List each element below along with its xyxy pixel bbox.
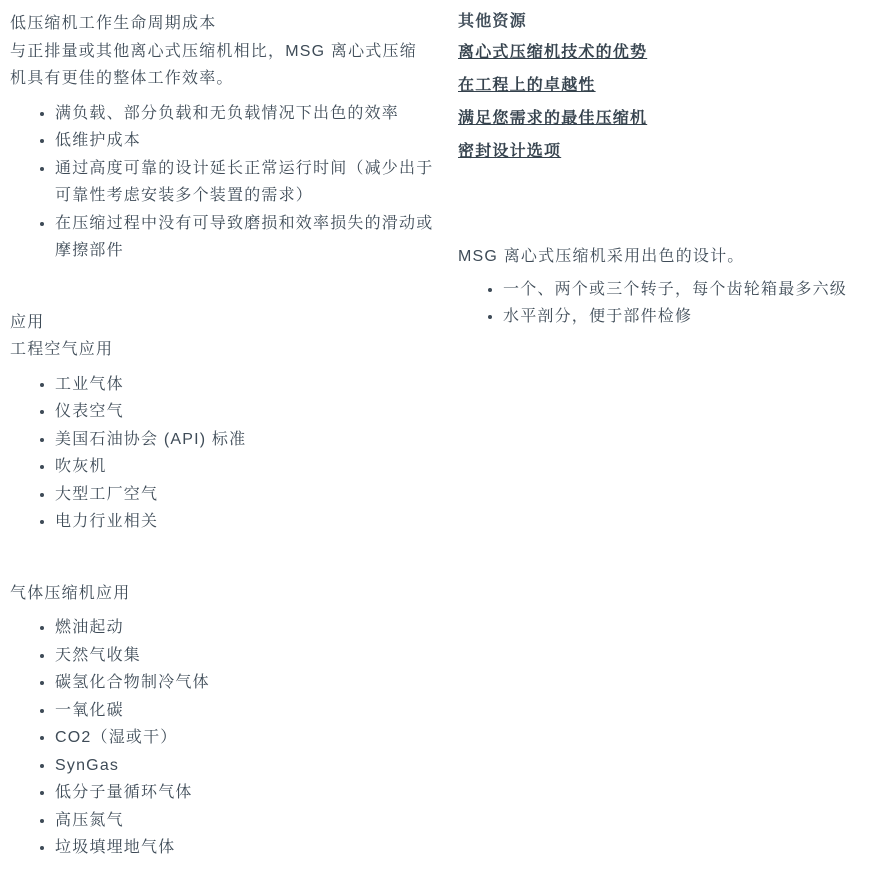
list-item: 大型工厂空气 [55, 481, 434, 509]
list-item: 电力行业相关 [55, 508, 434, 536]
list-item: 碳氢化合物制冷气体 [55, 669, 434, 697]
engineered-air-heading: 工程空气应用 [10, 336, 434, 364]
gas-compressor-list: 燃油起动 天然气收集 碳氢化合物制冷气体 一氧化碳 CO2（湿或干） SynGa… [10, 614, 434, 862]
applications-heading: 应用 [10, 309, 434, 337]
list-item: 一氧化碳 [55, 697, 434, 725]
lifecycle-intro: 与正排量或其他离心式压缩机相比，MSG 离心式压缩机具有更佳的整体工作效率。 [10, 38, 434, 93]
list-item: 美国石油协会 (API) 标准 [55, 426, 434, 454]
resources-heading: 其他资源 [458, 12, 870, 32]
gas-compressor-heading: 气体压缩机应用 [10, 580, 434, 608]
link-centrifugal-advantages[interactable]: 离心式压缩机技术的优势 [458, 44, 647, 61]
list-item: CO2（湿或干） [55, 724, 434, 752]
link-seal-design-options[interactable]: 密封设计选项 [458, 143, 561, 160]
list-item: 在压缩过程中没有可导致磨损和效率损失的滑动或摩擦部件 [55, 210, 434, 265]
list-item: 低分子量循环气体 [55, 779, 434, 807]
resources-sidebar: 其他资源 离心式压缩机技术的优势 在工程上的卓越性 满足您需求的最佳压缩机 密封… [458, 10, 870, 331]
list-item: SynGas [55, 752, 434, 780]
list-item: 天然气收集 [55, 642, 434, 670]
list-item: 垃圾填埋地气体 [55, 834, 434, 862]
list-item: 满负载、部分负载和无负载情况下出色的效率 [55, 100, 434, 128]
list-item: 工业气体 [55, 371, 434, 399]
lifecycle-cost-heading: 低压缩机工作生命周期成本 [10, 10, 434, 38]
main-content: 低压缩机工作生命周期成本 与正排量或其他离心式压缩机相比，MSG 离心式压缩机具… [10, 10, 434, 862]
list-item: 一个、两个或三个转子，每个齿轮箱最多六级 [503, 276, 870, 304]
list-item: 水平剖分，便于部件检修 [503, 303, 870, 331]
list-item: 低维护成本 [55, 127, 434, 155]
design-intro: MSG 离心式压缩机采用出色的设计。 [458, 243, 870, 271]
list-item: 通过高度可靠的设计延长正常运行时间（减少出于可靠性考虑安装多个装置的需求） [55, 155, 434, 210]
link-engineering-excellence[interactable]: 在工程上的卓越性 [458, 77, 596, 94]
link-best-compressor[interactable]: 满足您需求的最佳压缩机 [458, 110, 647, 127]
design-features-list: 一个、两个或三个转子，每个齿轮箱最多六级 水平剖分，便于部件检修 [458, 276, 870, 331]
page: 低压缩机工作生命周期成本 与正排量或其他离心式压缩机相比，MSG 离心式压缩机具… [0, 0, 870, 862]
list-item: 高压氮气 [55, 807, 434, 835]
benefits-list: 满负载、部分负载和无负载情况下出色的效率 低维护成本 通过高度可靠的设计延长正常… [10, 100, 434, 265]
engineered-air-list: 工业气体 仪表空气 美国石油协会 (API) 标准 吹灰机 大型工厂空气 电力行… [10, 371, 434, 536]
list-item: 燃油起动 [55, 614, 434, 642]
list-item: 吹灰机 [55, 453, 434, 481]
list-item: 仪表空气 [55, 398, 434, 426]
